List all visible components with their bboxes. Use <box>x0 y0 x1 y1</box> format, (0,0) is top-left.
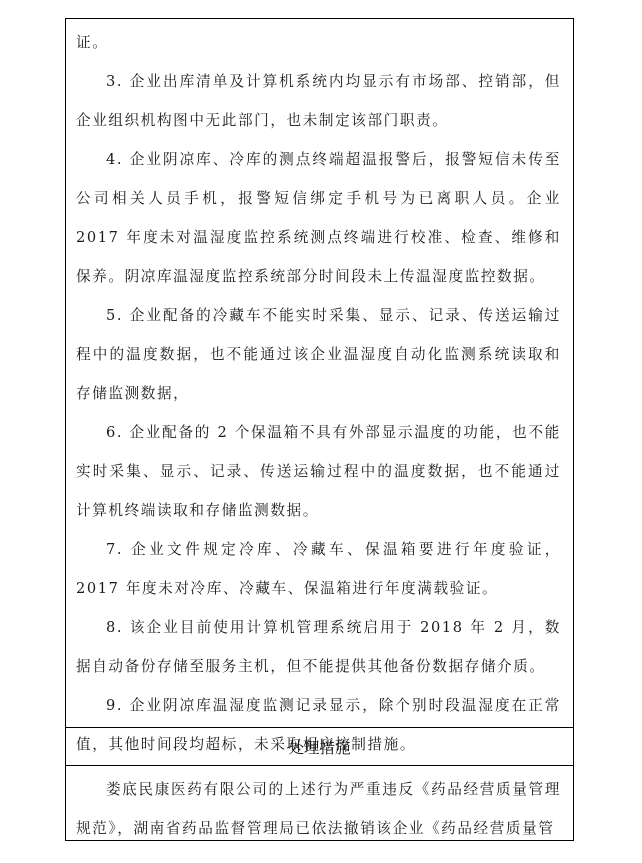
measures-paragraph: 娄底民康医药有限公司的上述行为严重违反《药品经营质量管理规范》，湖南省药品监督管… <box>76 770 561 848</box>
document-table: 证。 3. 企业出库清单及计算机系统内均显示有市场部、控销部，但企业组织机构图中… <box>65 18 574 841</box>
finding-item-4: 4. 企业阴凉库、冷库的测点终端超温报警后，报警短信未传至公司相关人员手机，报警… <box>76 140 561 296</box>
findings-cell: 证。 3. 企业出库清单及计算机系统内均显示有市场部、控销部，但企业组织机构图中… <box>66 19 573 728</box>
finding-item-3: 3. 企业出库清单及计算机系统内均显示有市场部、控销部，但企业组织机构图中无此部… <box>76 62 561 140</box>
measures-cell: 娄底民康医药有限公司的上述行为严重违反《药品经营质量管理规范》，湖南省药品监督管… <box>66 766 573 840</box>
finding-item-7: 7. 企业文件规定冷库、冷藏车、保温箱要进行年度验证，2017 年度未对冷库、冷… <box>76 530 561 608</box>
measures-heading: 处理措施 <box>288 736 350 758</box>
finding-item-6: 6. 企业配备的 2 个保温箱不具有外部显示温度的功能，也不能实时采集、显示、记… <box>76 413 561 530</box>
findings-paragraph-continuation: 证。 <box>76 23 561 62</box>
finding-item-8: 8. 该企业目前使用计算机管理系统启用于 2018 年 2 月，数据自动备份存储… <box>76 608 561 686</box>
finding-item-5: 5. 企业配备的冷藏车不能实时采集、显示、记录、传送运输过程中的温度数据，也不能… <box>76 296 561 413</box>
